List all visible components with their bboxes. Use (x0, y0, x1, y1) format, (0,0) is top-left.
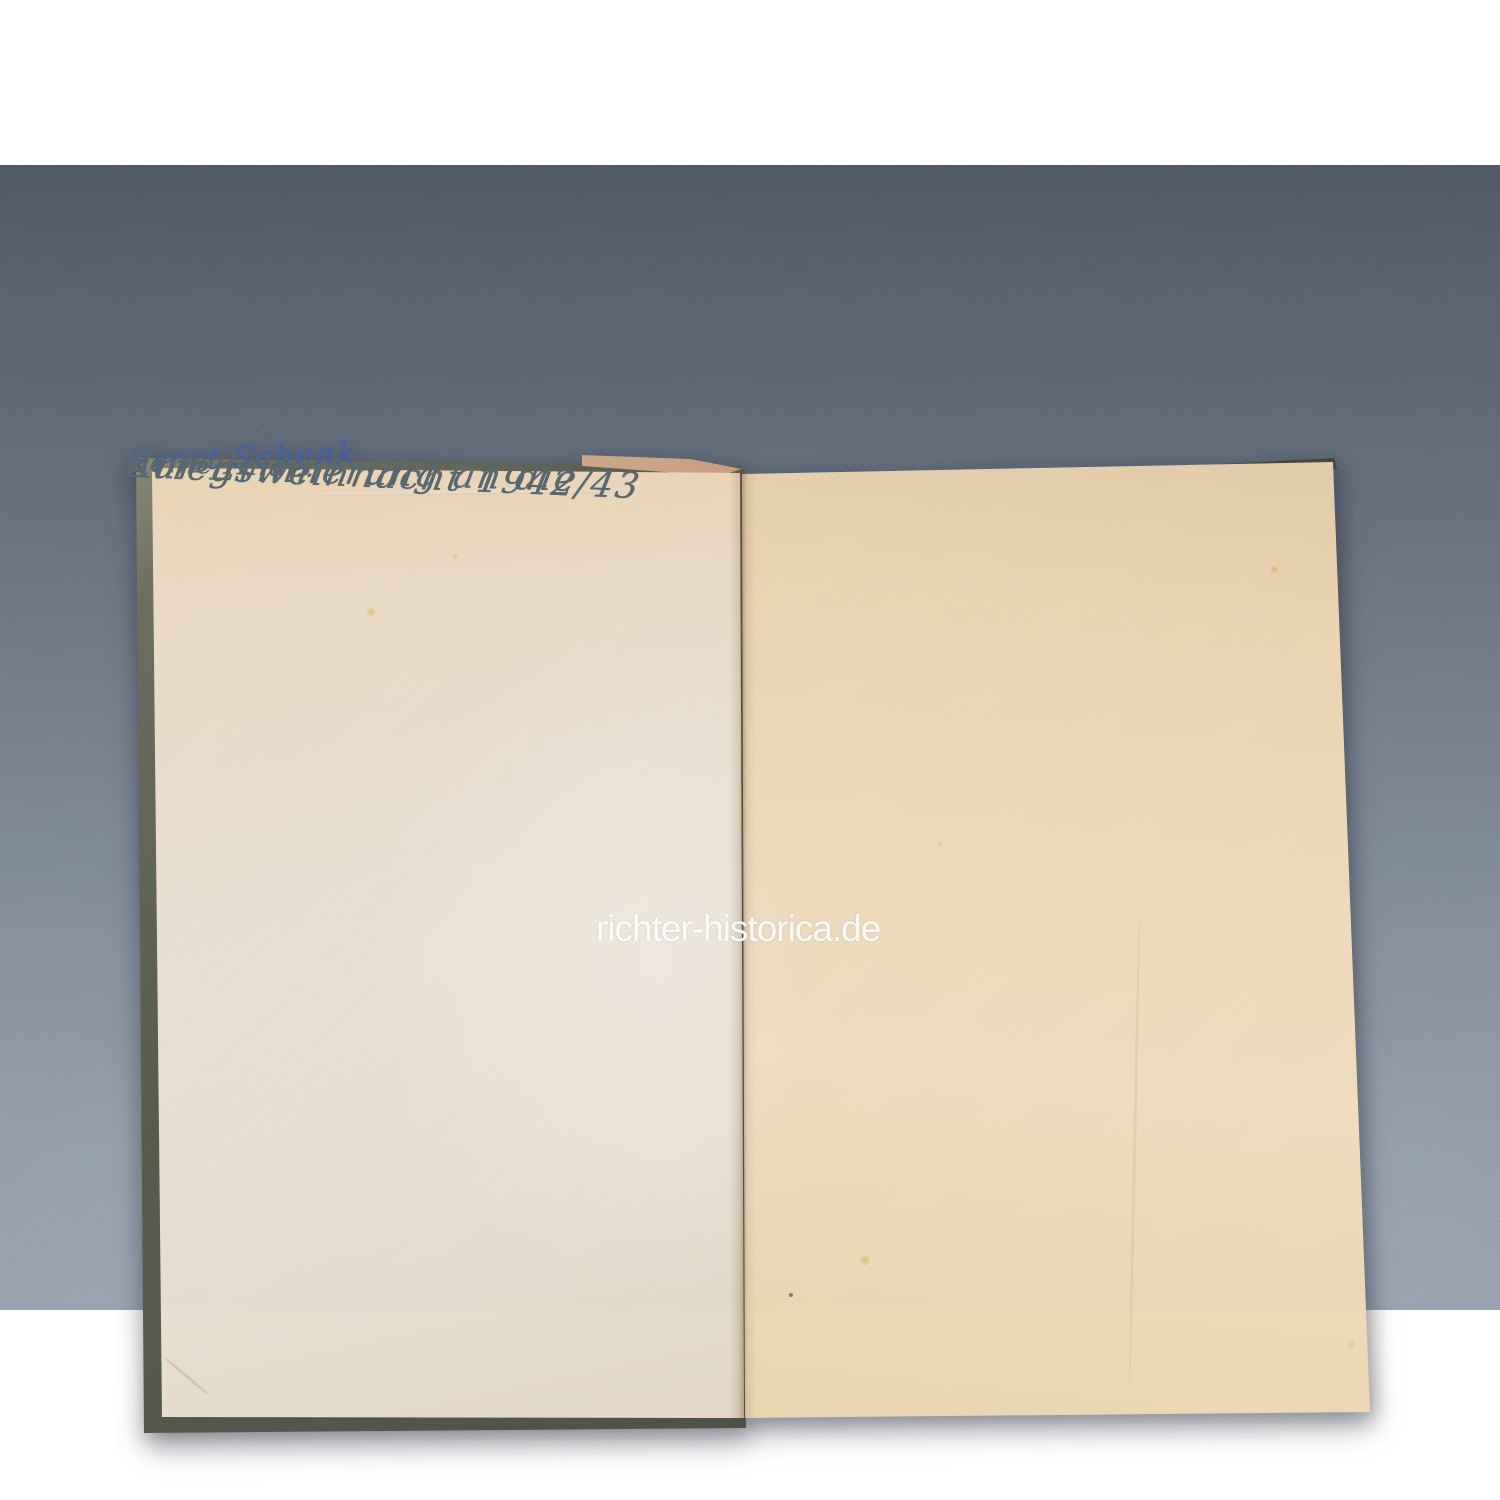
photo-page: { "photo": { "subject": "Open antique ha… (0, 0, 1500, 1500)
fabric-backdrop: Ernst Schenk Zur Erinnerung an die Krieg… (0, 165, 1500, 1310)
foxing-spot (1346, 1339, 1357, 1350)
watermark-text: richter-historica.de (596, 908, 880, 950)
dedication-line-3: Deine Hilde. (0, 445, 1379, 1469)
